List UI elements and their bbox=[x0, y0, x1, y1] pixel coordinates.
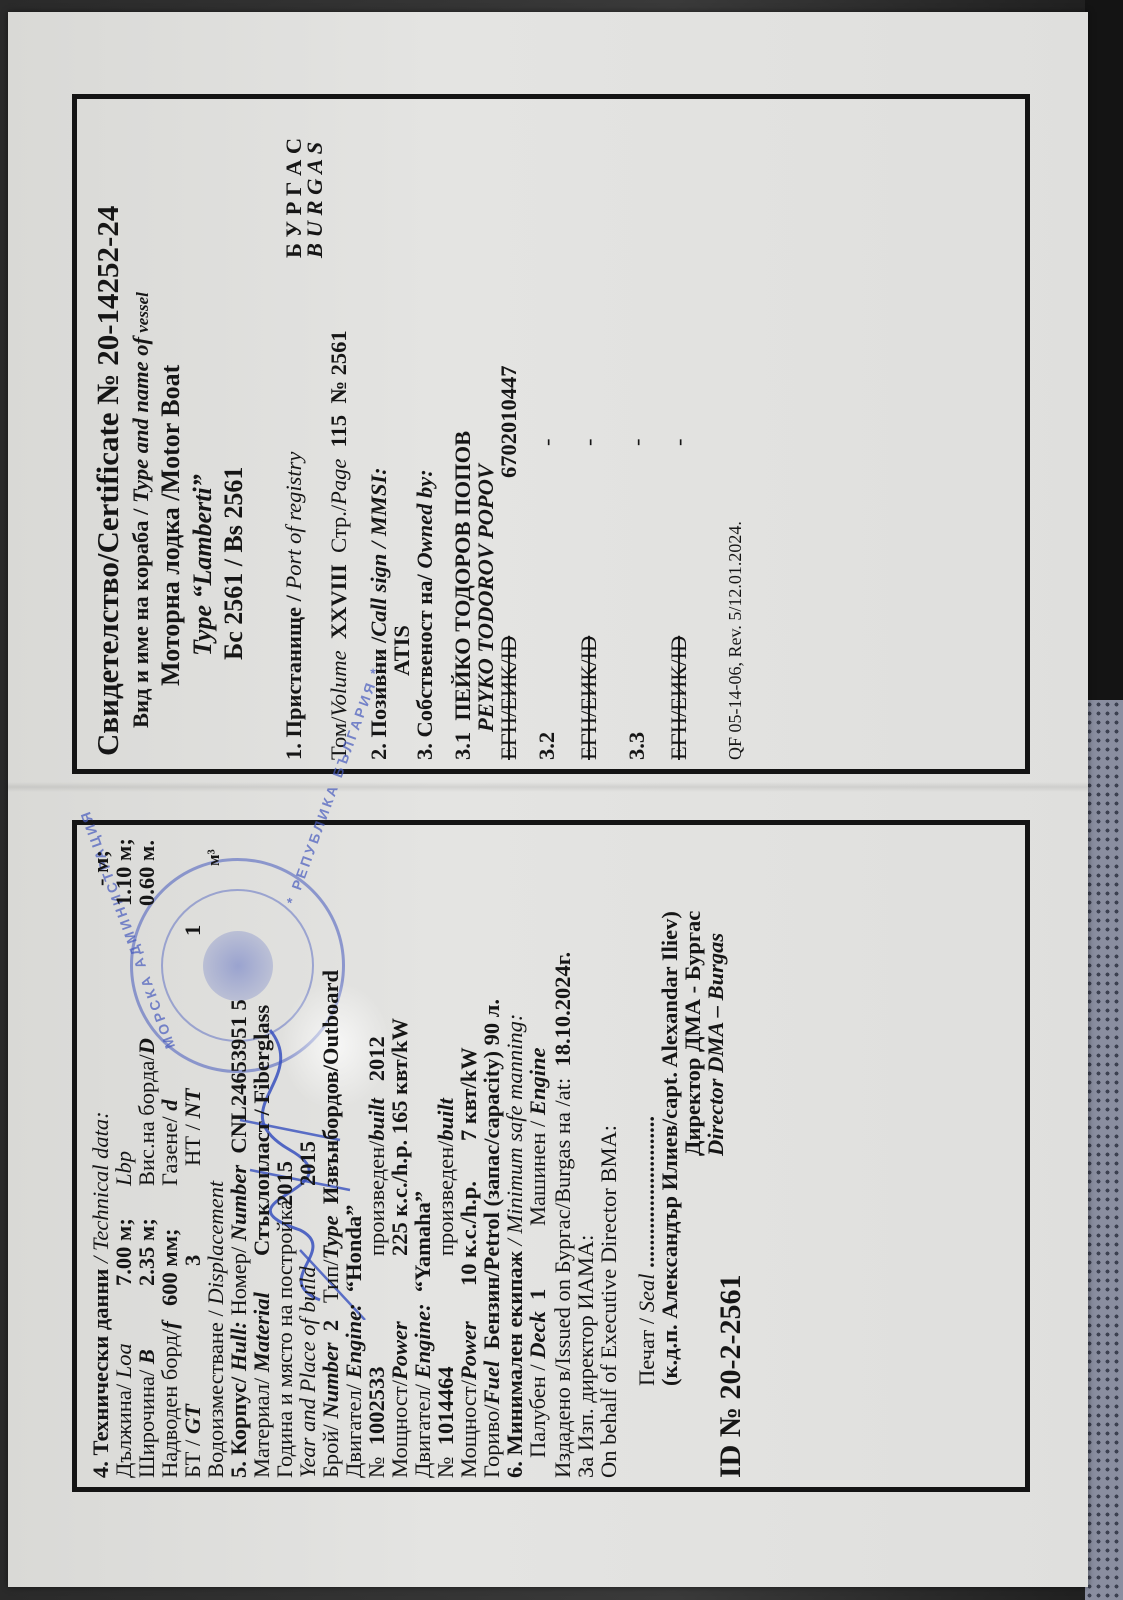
engine-1-power-value: 225 к.с./h.p. 165 квт/kW bbox=[389, 1018, 412, 1256]
id-number: ID № 20-2-2561 bbox=[716, 1275, 746, 1478]
engine-1-power-row: Мощност/Power bbox=[389, 1321, 412, 1478]
port-of-registry-en: B U R G A S bbox=[304, 142, 327, 258]
owner-3-1-name-bg: 3.1 ПЕЙКО ТОДОРОВ ПОПОВ bbox=[452, 431, 475, 760]
owner-3-1-id-label: ЕГН/ЕИК/ID bbox=[498, 636, 521, 760]
lbp-value: - м; bbox=[90, 850, 113, 886]
call-sign-value: ATIS bbox=[391, 625, 414, 676]
port-of-registry-label: 1. Пристанище / Port of registry bbox=[283, 452, 306, 760]
draft-value: 0.60 м. bbox=[136, 840, 159, 906]
nt-value: 1 bbox=[182, 925, 205, 936]
deck-crew-row: Палубен / Deck 1 bbox=[527, 1289, 550, 1458]
beam-row: Широчина/ B bbox=[136, 1349, 159, 1478]
year-place-value-en: 2015 bbox=[297, 1141, 320, 1186]
owner-3-2-dash: - bbox=[536, 439, 559, 447]
left-page: Свидетелство/Certificate № 20-14252-24 В… bbox=[78, 100, 1024, 768]
hull-row: 5. Корпус/ Hull: Номер/ Number CNL246539… bbox=[228, 999, 251, 1478]
engine-count-row: Брой/ Number 2 Тип/Type Извънбордов/Outb… bbox=[320, 970, 343, 1478]
year-place-value: 2015 bbox=[274, 1161, 297, 1206]
call-sign-label: 2. Позивни /Call sign / MMSI: bbox=[368, 467, 391, 760]
displacement-row: Водоизместване / Displacement bbox=[205, 1181, 228, 1478]
engine-1-make-row: Двигател/ Engine: “Honda” bbox=[343, 1205, 366, 1478]
technical-data-heading: 4. Технически данни / Technical data: bbox=[90, 1111, 113, 1478]
vessel-type: Type “Lamberti” bbox=[190, 474, 216, 656]
lbp-label: Lbp bbox=[113, 1151, 136, 1186]
engine-1-built-row: произведен/built 2012 bbox=[366, 1036, 389, 1256]
certificate-title: Свидетелство/Certificate № 20-14252-24 bbox=[92, 206, 123, 756]
owner-3-3-dash: - bbox=[626, 439, 649, 447]
engine-2-make-row: Двигател/ Engine: “Yamaha” bbox=[412, 1191, 435, 1478]
for-director-line: За Изп. директор ИАМА: bbox=[575, 1235, 598, 1478]
draft-label: Газене/ d bbox=[159, 1100, 182, 1186]
freeboard-value: 600 мм; bbox=[159, 1228, 182, 1306]
background-dark-surface bbox=[1085, 0, 1123, 700]
gt-value: 3 bbox=[182, 1255, 205, 1266]
loa-value: 7.00 м; bbox=[113, 1218, 136, 1286]
engine-1-number-row: № 1002533 bbox=[366, 1367, 389, 1478]
signatory-name: (к.д.п. Александър Илиев/capt. Alexandar… bbox=[659, 911, 682, 1386]
fuel-row: Гориво/Fuel Бензин/Petrol (запас/capacit… bbox=[481, 999, 504, 1478]
engine-2-power-row: Мощност/Power bbox=[458, 1321, 481, 1478]
issued-row: Издадено в/Issued on Бургас/Burgas на /a… bbox=[552, 952, 575, 1478]
vessel-registration: Бс 2561 / Bs 2561 bbox=[221, 467, 247, 660]
background-fabric bbox=[1085, 700, 1123, 1600]
vessel-type-label: Вид и име на кораба / Type and name of v… bbox=[130, 292, 153, 728]
owner-3-3-id-label: ЕГН/ЕИК/ID bbox=[668, 636, 691, 760]
material-row: Материал/ Material bbox=[251, 1292, 274, 1478]
owner-3-3-id-dash: - bbox=[668, 439, 691, 447]
engine-2-power-kw: 7 квт/kW bbox=[458, 1047, 481, 1141]
year-place-label: Година и място на постройка bbox=[274, 1200, 297, 1478]
displacement-unit: м³ bbox=[205, 849, 222, 866]
owned-by-label: 3. Собственост на/ Owned by: bbox=[414, 469, 437, 760]
owner-3-1-id-value: 6702010447 bbox=[498, 366, 521, 479]
loa-row: Дължина/ Loa bbox=[113, 1343, 136, 1478]
right-page: 4. Технически данни / Technical data: - … bbox=[78, 826, 1024, 1486]
signatory-title-bg: Директор ДМА - Бургас bbox=[682, 911, 705, 1156]
volume-page-line: Том/Volume XXVIII Стр./Page 115 № 2561 bbox=[328, 330, 351, 760]
engine-crew-row: Машинен / Engine bbox=[527, 1048, 550, 1226]
depth-value: 1.10 м; bbox=[113, 838, 136, 906]
form-reference-footer: QF 05-14-06, Rev. 5/12.01.2024. bbox=[726, 521, 744, 760]
owner-3-2-label: 3.2 bbox=[536, 732, 559, 760]
material-value: Стъклопласт / Fiberglass bbox=[251, 1005, 274, 1256]
engine-2-built-row: произведен/built bbox=[435, 1098, 458, 1256]
on-behalf-line: On behalf of Executive Director BMA: bbox=[598, 1125, 621, 1478]
engine-2-number-row: № 1014464 bbox=[435, 1367, 458, 1478]
freeboard-row: Надводен борд/f bbox=[159, 1321, 182, 1478]
gt-row: БТ / GT bbox=[182, 1404, 205, 1478]
beam-value: 2.35 м; bbox=[136, 1218, 159, 1286]
minimum-manning-heading: 6. Минимален екипаж / Minimum safe manni… bbox=[504, 1014, 527, 1478]
page-fold bbox=[8, 782, 1088, 792]
owner-3-3-label: 3.3 bbox=[626, 732, 649, 760]
vessel-kind: Моторна лодка /Motor Boat bbox=[158, 365, 184, 686]
engine-2-power-hp: 10 к.с./h.p. bbox=[458, 1181, 481, 1286]
signatory-title-en: Director DMA – Burgas bbox=[705, 933, 728, 1156]
owner-3-2-id-dash: - bbox=[578, 439, 601, 447]
seal-line: Печат / Seal ........................... bbox=[636, 1116, 659, 1386]
year-place-label-en: Year and Place of build bbox=[297, 1266, 320, 1478]
owner-3-2-id-label: ЕГН/ЕИК/ID bbox=[578, 636, 601, 760]
owner-3-1-name-en: PEYKO TODOROV POPOV bbox=[475, 464, 498, 732]
depth-label: Вис.на борда/D bbox=[136, 1038, 159, 1186]
nt-label: НТ / NT bbox=[182, 1089, 205, 1167]
